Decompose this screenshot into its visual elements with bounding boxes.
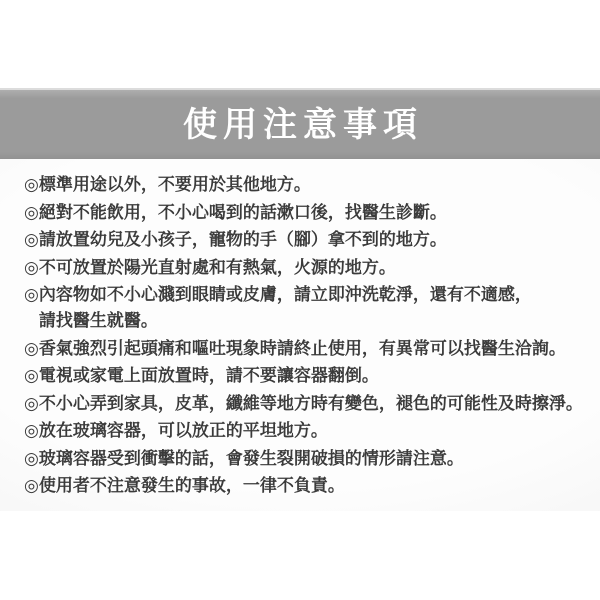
notice-item: ◎ 放在玻璃容器，可以放正的平坦地方。 bbox=[24, 418, 580, 444]
notice-text: 玻璃容器受到衝擊的話，會發生裂開破損的情形請注意。 bbox=[39, 446, 580, 472]
notice-text: 電視或家電上面放置時，請不要讓容器翻倒。 bbox=[39, 363, 580, 389]
notice-text: 放在玻璃容器，可以放正的平坦地方。 bbox=[39, 418, 580, 444]
notice-item: ◎ 香氣強烈引起頭痛和嘔吐現象時請終止使用，有異常可以找醫生洽詢。 bbox=[24, 336, 580, 362]
double-circle-bullet-icon: ◎ bbox=[24, 391, 39, 417]
notice-item: ◎ 電視或家電上面放置時，請不要讓容器翻倒。 bbox=[24, 363, 580, 389]
double-circle-bullet-icon: ◎ bbox=[24, 282, 39, 308]
notice-text-continuation: 請找醫生就醫。 bbox=[39, 308, 580, 334]
notice-text: 標準用途以外，不要用於其他地方。 bbox=[39, 172, 580, 198]
notice-item: ◎ 請放置幼兒及小孩子，寵物的手（腳）拿不到的地方。 bbox=[24, 227, 580, 253]
notice-item: ◎ 使用者不注意發生的事故，一律不負責。 bbox=[24, 473, 580, 499]
notice-text: 使用者不注意發生的事故，一律不負責。 bbox=[39, 473, 580, 499]
double-circle-bullet-icon: ◎ bbox=[24, 418, 39, 444]
notice-text: 請放置幼兒及小孩子，寵物的手（腳）拿不到的地方。 bbox=[39, 227, 580, 253]
notice-text: 內容物如不小心濺到眼睛或皮膚，請立即沖洗乾淨，還有不適感， bbox=[39, 282, 580, 308]
double-circle-bullet-icon: ◎ bbox=[24, 200, 39, 226]
notice-item: ◎ 標準用途以外，不要用於其他地方。 bbox=[24, 172, 580, 198]
notice-item: ◎ 不小心弄到家具，皮革，纖維等地方時有變色，褪色的可能性及時擦淨。 bbox=[24, 391, 580, 417]
page-title: 使用注意事項 bbox=[177, 108, 423, 142]
double-circle-bullet-icon: ◎ bbox=[24, 255, 39, 281]
notice-text: 不小心弄到家具，皮革，纖維等地方時有變色，褪色的可能性及時擦淨。 bbox=[39, 391, 580, 417]
notice-text: 絕對不能飲用，不小心喝到的話漱口後，找醫生診斷。 bbox=[39, 200, 580, 226]
notice-item: ◎ 玻璃容器受到衝擊的話，會發生裂開破損的情形請注意。 bbox=[24, 446, 580, 472]
notice-text: 不可放置於陽光直射處和有熱氣，火源的地方。 bbox=[39, 255, 580, 281]
notice-item: ◎ 不可放置於陽光直射處和有熱氣，火源的地方。 bbox=[24, 255, 580, 281]
double-circle-bullet-icon: ◎ bbox=[24, 363, 39, 389]
double-circle-bullet-icon: ◎ bbox=[24, 172, 39, 198]
double-circle-bullet-icon: ◎ bbox=[24, 446, 39, 472]
double-circle-bullet-icon: ◎ bbox=[24, 473, 39, 499]
notice-list: ◎ 標準用途以外，不要用於其他地方。 ◎ 絕對不能飲用，不小心喝到的話漱口後，找… bbox=[0, 159, 600, 511]
notice-item: ◎ 絕對不能飲用，不小心喝到的話漱口後，找醫生診斷。 bbox=[24, 200, 580, 226]
header-banner: 使用注意事項 bbox=[0, 88, 600, 159]
double-circle-bullet-icon: ◎ bbox=[24, 227, 39, 253]
notice-item: ◎ 內容物如不小心濺到眼睛或皮膚，請立即沖洗乾淨，還有不適感，請找醫生就醫。 bbox=[24, 282, 580, 334]
double-circle-bullet-icon: ◎ bbox=[24, 336, 39, 362]
notice-text: 香氣強烈引起頭痛和嘔吐現象時請終止使用，有異常可以找醫生洽詢。 bbox=[39, 336, 580, 362]
usage-notice-page: 使用注意事項 ◎ 標準用途以外，不要用於其他地方。 ◎ 絕對不能飲用，不小心喝到… bbox=[0, 0, 600, 600]
